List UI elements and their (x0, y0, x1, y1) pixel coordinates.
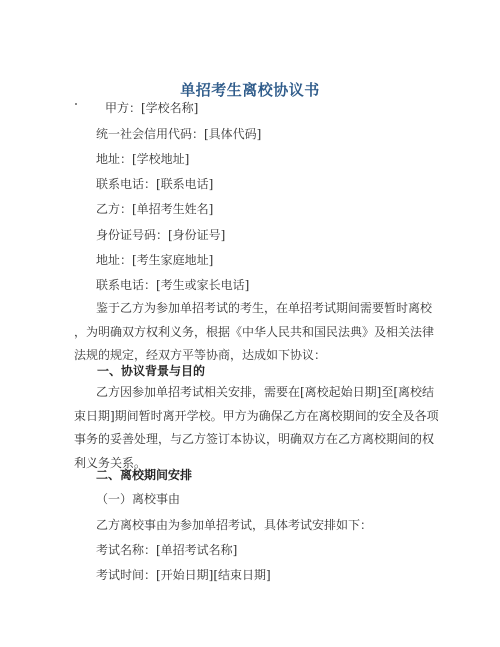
exam-name-line: 考试名称：[单招考试名称] (96, 543, 237, 557)
section-heading-1: 一、协议背景与目的 (97, 362, 205, 379)
party-a-address: 地址：[学校地址] (96, 152, 189, 166)
section-1-paragraph: 乙方因参加单招考试相关安排，需要在[离校起始日期]至[离校结 束日期]期间暂时离… (74, 381, 440, 475)
party-b-id-number: 身份证号码：[身份证号] (96, 228, 225, 242)
stray-mark (75, 103, 77, 105)
subsection-heading: （一）离校事由 (96, 492, 180, 506)
preamble-paragraph: 鉴于乙方为参加单招考试的考生，在单招考试期间需要暂时离校 ，为明确双方权利义务，… (74, 297, 440, 368)
party-a-credit-code: 统一社会信用代码：[具体代码] (96, 127, 261, 141)
section-1-line: 乙方因参加单招考试相关安排，需要在[离校起始日期]至[离校结 (74, 381, 440, 405)
section-1-line: 束日期]期间暂时离开学校。甲方为确保乙方在离校期间的安全及各项 (74, 405, 440, 429)
section-2-line: 乙方离校事由为参加单招考试，具体考试安排如下： (96, 518, 372, 532)
party-b-address: 地址：[考生家庭地址] (96, 253, 213, 267)
exam-time-line: 考试时间：[开始日期][结束日期] (96, 568, 271, 582)
party-a-phone: 联系电话：[联系电话] (96, 177, 213, 191)
preamble-line: ，为明确双方权利义务，根据《中华人民共和国民法典》及相关法律 (74, 321, 440, 345)
party-b-name: 乙方：[单招考生姓名] (96, 202, 213, 216)
document-title: 单招考生离校协议书 (0, 79, 500, 100)
party-b-phone: 联系电话：[考生或家长电话] (96, 278, 249, 292)
party-a-name: 甲方：[学校名称] (105, 101, 198, 115)
section-1-line: 事务的妥善处理，与乙方签订本协议，明确双方在乙方离校期间的权 (74, 428, 440, 452)
section-heading-2: 二、离校期间安排 (96, 466, 192, 483)
preamble-line: 鉴于乙方为参加单招考试的考生，在单招考试期间需要暂时离校 (74, 297, 440, 321)
